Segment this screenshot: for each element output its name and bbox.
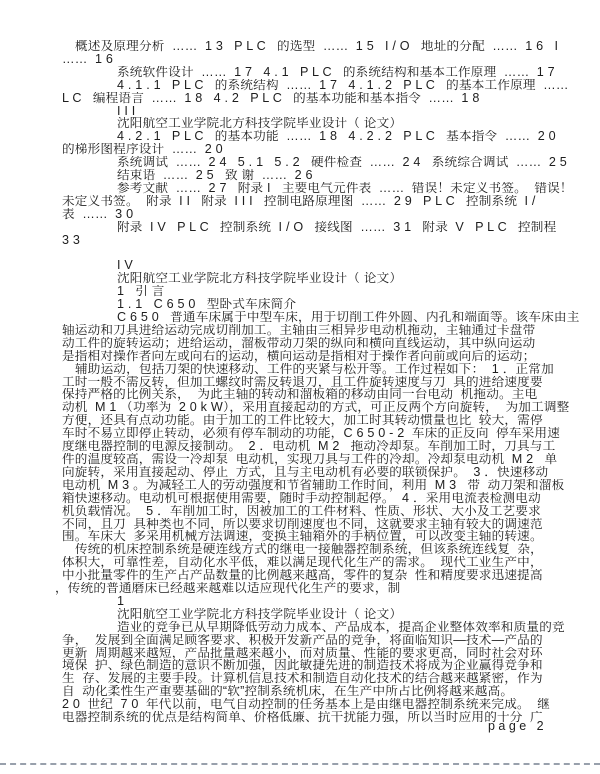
- text-line: 不同，且刀 具种类也不同，所以要求切削速度也不同，这就要求主轴有较大的调速范: [0, 518, 600, 531]
- text-line: 动机 M 1 （功率为 2 0 k W），采用直接起动的方式，可正反两个方向旋转…: [0, 401, 600, 414]
- text-line: 保持严格的比例关系， 为此主轴的转动和溜板箱的移动由同一台电动 机拖动。主电: [0, 388, 600, 401]
- text-line: 1 . 1 C 6 5 0 型卧式车床简介: [0, 298, 600, 311]
- text-line: 2 0 世纪 7 0 年代以前，电气自动控制的任务基本上是由继电器控制系统来完成…: [0, 698, 600, 711]
- text-line: 体积大，可靠性差，自动化水平低，难以满足现代化生产的需求。 现代工业生产中，: [0, 556, 600, 569]
- text-line: 是指相对操作者向左或向右的运动，横向运动是指相对于操作者向前或向后的运动；: [0, 350, 600, 363]
- text-line: 系统调试 …… 2 4 5 . 1 5 . 2 硬件检查 …… 2 4 系统综合…: [0, 156, 600, 169]
- text-line: 1 引 言: [0, 285, 600, 298]
- text-line: 车时不易立即停止转动，必须有停车制动的功能，C 6 5 0 - 2 车床的正反向…: [0, 427, 600, 440]
- text-line: 向旋转，采用直接起动、停止 方式，且与主电动机有必要的联锁保护。 3 ．快速移动: [0, 466, 600, 479]
- text-line: 造业的竞争已从早期降低劳动力成本、产品成本，提高企业整体效率和质量的竞: [0, 621, 600, 634]
- text-line: 更新 周期越来越短，产品批量越来越小，而对质量、性能的要求更高，同时社会对环: [0, 647, 600, 660]
- text-line: I V: [0, 259, 600, 272]
- text-line: 箱快速移动。电动机可根据使用需要，随时手动控制起停。 4 ．采用电流表检测电动: [0, 492, 600, 505]
- text-line: 度继电器控制的电源反接制动。 2 ．电动机 M 2 拖动冷却泵。车削加工时，刀具…: [0, 440, 600, 453]
- text-line: …… 1 6: [0, 53, 600, 66]
- page-divider: [0, 763, 600, 765]
- text-line: 的梯形图程序设计 …… 2 0: [0, 143, 600, 156]
- text-line: 结束语 …… 2 5 致 谢 …… 2 6: [0, 169, 600, 182]
- text-line: 机负载情况。 5 ．车削加工时，因被加工的工件材料、性质、形状、大小及工艺要求: [0, 505, 600, 518]
- text-line: 未定义书签。 附录 I I 附录 I I I 控制电路原理图 …… 2 9 P …: [0, 195, 600, 208]
- text-line: [0, 247, 600, 260]
- text-line: 参考文献 …… 2 7 附录 I 主要电气元件表 …… 错误！未定义书签。 错误…: [0, 182, 600, 195]
- text-line: 表 …… 3 0: [0, 208, 600, 221]
- page-number-label: p a g e 2: [488, 719, 544, 733]
- text-line: 1: [0, 595, 600, 608]
- text-line: 4 . 1 . 1 P L C 的系统结构 …… 1 7 4 . 1 . 2 P…: [0, 79, 600, 92]
- text-line: 轴运动和刀具进给运动完成切削加工。主轴由三相异步电动机拖动，主轴通过卡盘带: [0, 324, 600, 337]
- text-line: 沈阳航空工业学院北方科技学院毕业设计（ 论文）: [0, 117, 600, 130]
- document-lines: 概述及原理分析 …… 1 3 P L C 的选型 …… 1 5 I / O 地址…: [0, 40, 600, 724]
- text-line: 3 3: [0, 234, 600, 247]
- text-line: 争， 发展到全面满足顾客要求、积极开发新产品的竞争，将面临知识—技术—产品的: [0, 634, 600, 647]
- text-line: C 6 5 0 普通车床属于中型车床，用于切削工件外圆、内孔和端面等。该车床由主: [0, 311, 600, 324]
- text-line: 方便，还具有点动功能。由于加工的工件比较大，加工时其转动惯量也比 较大，需停: [0, 414, 600, 427]
- text-line: 附录 I V P L C 控制系统 I / O 接线图 …… 3 1 附录 V …: [0, 221, 600, 234]
- text-line: 电动机 M 3 。为减轻工人的劳动强度和节省辅助工作时间，利用 M 3 带 动刀…: [0, 479, 600, 492]
- text-line: 概述及原理分析 …… 1 3 P L C 的选型 …… 1 5 I / O 地址…: [0, 40, 600, 53]
- text-line: 4 . 2 . 1 P L C 的基本功能 …… 1 8 4 . 2 . 2 P…: [0, 130, 600, 143]
- text-line: 传统的机床控制系统是硬连线方式的继电一接触器控制系统，但该系统连线复 杂，: [0, 543, 600, 556]
- text-line: 自 动化柔性生产重要基础的“软”控制系统机床，在生产中所占比例将越来越高。: [0, 685, 600, 698]
- text-line: L C 编程语言 …… 1 8 4 . 2 P L C 的基本功能和基本指令 ……: [0, 92, 600, 105]
- text-line: I I I: [0, 105, 600, 118]
- text-line: 工时一般不需反转，但加工螺纹时需反转退刀，且工件旋转速度与刀 具的进给速度要: [0, 376, 600, 389]
- text-line: 件的温度较高，需设一冷却泵 电动机，实现刀具与工件的冷却。冷却泵电动机 M 2 …: [0, 453, 600, 466]
- text-line: 境保 护、绿色制造的意识不断加强，因此敏捷先进的制造技术将成为企业赢得竞争和: [0, 659, 600, 672]
- text-line: 中小批量零件的生产占产品数量的比例越来越高，零件的复杂 性和精度要求迅速提高: [0, 569, 600, 582]
- text-line: 围。车床大 多采用机械方法调速，变换主轴箱外的手柄位置，可以改变主轴的转速。: [0, 530, 600, 543]
- text-line: 沈阳航空工业学院北方科技学院毕业设计（ 论文）: [0, 608, 600, 621]
- text-line: 辅助运动，包括刀架的快速移动、工件的夹紧与松开等。工作过程如下： 1 ．正常加: [0, 363, 600, 376]
- text-line: 沈阳航空工业学院北方科技学院毕业设计（ 论文）: [0, 272, 600, 285]
- page: 概述及原理分析 …… 1 3 P L C 的选型 …… 1 5 I / O 地址…: [0, 0, 600, 774]
- text-line: 系统软件设计 …… 1 7 4 . 1 P L C 的系统结构和基本工作原理 ……: [0, 66, 600, 79]
- text-line: 生 存、发展的主要手段。计算机信息技术和制造自动化技术的结合越来越紧密，作为: [0, 672, 600, 685]
- text-line: ，传统的普通磨床已经越来越难以适应现代化生产的要求，制: [0, 582, 600, 595]
- text-line: 动工件的旋转运动；进给运动，溜板带动刀架的纵向和横向直线运动，其中纵向运动: [0, 337, 600, 350]
